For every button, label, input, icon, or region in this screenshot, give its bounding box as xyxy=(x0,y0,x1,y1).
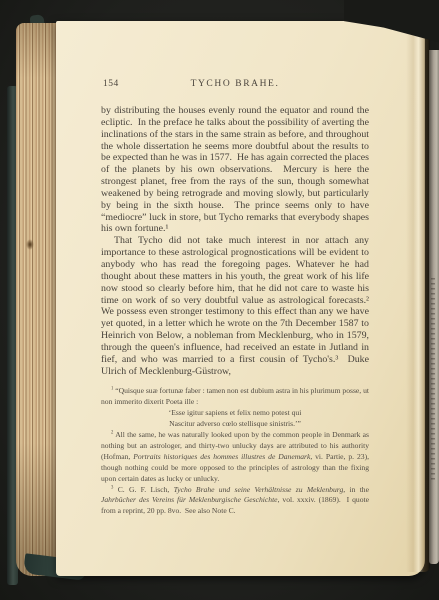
foxing-spot xyxy=(26,239,34,250)
footnote-3-article-title: Tycho Brahe und seine Verhältnisse zu Me… xyxy=(174,485,344,494)
facing-page-sliver xyxy=(429,50,439,564)
footnote-2-book-title: Portraits historiques des hommes illustr… xyxy=(133,452,310,461)
footnote-3: 3 C. G. F. Lisch, Tycho Brahe und seine … xyxy=(101,485,369,518)
book-photograph: 154 TYCHO BRAHE. by distributing the hou… xyxy=(0,0,439,600)
body-paragraph-2: That Tycho did not take much interest in… xyxy=(101,235,369,377)
facing-page-text-edge xyxy=(431,278,435,483)
footnote-3-lead: C. G. F. Lisch, xyxy=(118,485,174,494)
footnote-2-marker: 2 xyxy=(111,431,113,436)
footnote-1-marker: 1 xyxy=(111,387,113,392)
running-head: 154 TYCHO BRAHE. xyxy=(101,79,369,92)
footnote-1: 1 “Quisque suæ fortunæ faber : tamen non… xyxy=(101,386,369,408)
footnote-3-journal-title: Jahrbücher des Vereins für Meklenburgisc… xyxy=(101,495,278,504)
body-paragraph-1: by distributing the houses evenly round … xyxy=(101,105,369,235)
footnote-verse-line-2: Nascitur adverso cœlo stellisque sinistr… xyxy=(101,419,369,430)
page-edges-shading xyxy=(16,23,60,576)
book-gutter-shadow xyxy=(406,26,430,572)
footnotes-block: 1 “Quisque suæ fortunæ faber : tamen non… xyxy=(101,386,369,517)
page-content: 154 TYCHO BRAHE. by distributing the hou… xyxy=(101,79,369,517)
book-page-edges xyxy=(16,23,60,576)
footnote-3-marker: 3 xyxy=(111,485,113,490)
footnote-verse-line-1: ‘Esse igitur sapiens et felix nemo potes… xyxy=(101,408,369,419)
running-header-title: TYCHO BRAHE. xyxy=(101,79,369,89)
footnote-3-mid: , in the xyxy=(343,485,371,494)
book-page: 154 TYCHO BRAHE. by distributing the hou… xyxy=(56,21,425,576)
footnote-1-text: “Quisque suæ fortunæ faber : tamen non e… xyxy=(101,386,371,406)
footnote-2: 2 All the same, he was naturally looked … xyxy=(101,430,369,485)
